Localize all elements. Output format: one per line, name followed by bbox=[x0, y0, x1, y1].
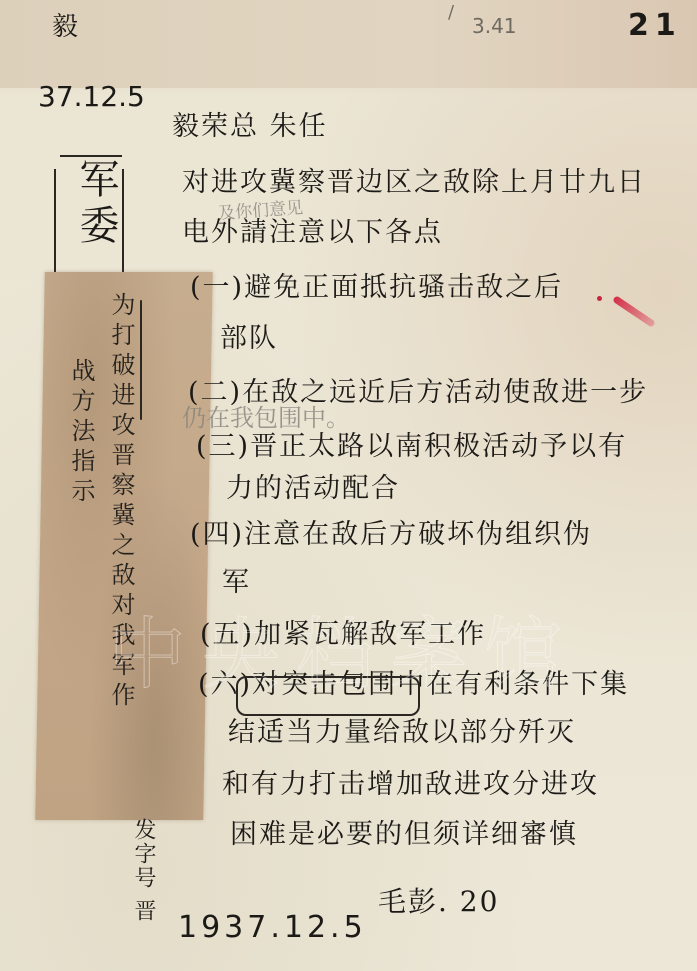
body-line-3: (一)避免正面抵抗骚击敌之后 bbox=[190, 265, 563, 304]
body-line-8: (四)注意在敌后方破坏伪组织伪 bbox=[190, 512, 592, 551]
body-line-4: 部队 bbox=[220, 316, 278, 355]
signoff: 毛彭. 20 bbox=[378, 880, 499, 920]
body-line-12: 结适当力量给敌以部分歼灭 bbox=[228, 710, 576, 749]
document-scan: 毅 / 3.41 21 37.12.5 军委 为打破进攻晋察冀之敌对我军作 战方… bbox=[0, 0, 697, 971]
red-ink-stroke bbox=[612, 295, 656, 328]
vertical-seal-annotation: 发字号 晋 bbox=[128, 818, 159, 923]
body-line-6: (三)晋正太路以南积极活动予以有 bbox=[196, 424, 627, 463]
body-line-13: 和有力打击增加敌进攻分进攻 bbox=[222, 762, 599, 801]
header-band bbox=[0, 0, 697, 88]
bottom-date: 1937.12.5 bbox=[178, 910, 367, 945]
archive-watermark: 中央档案馆 bbox=[108, 592, 578, 704]
body-line-1: 对进攻冀察晋边区之敌除上月廿九日 bbox=[182, 160, 646, 199]
header-tick-mark: / bbox=[448, 2, 454, 23]
archive-number: 3.41 bbox=[472, 14, 517, 38]
salutation: 毅荣总 朱任 bbox=[172, 104, 328, 143]
margin-date: 37.12.5 bbox=[38, 80, 145, 113]
tape-note-column-2: 战方法指示 bbox=[64, 358, 99, 508]
red-ink-dot bbox=[597, 296, 602, 301]
tape-bracket-line bbox=[140, 300, 142, 420]
body-line-2: 电外請注意以下各点 bbox=[182, 210, 443, 249]
header-left-char: 毅 bbox=[52, 6, 80, 43]
body-line-14: 困难是必要的但须详细審慎 bbox=[230, 812, 578, 851]
page-number: 21 bbox=[628, 8, 682, 43]
title-box-text: 军委 bbox=[68, 158, 125, 250]
body-line-7: 力的活动配合 bbox=[226, 466, 400, 505]
